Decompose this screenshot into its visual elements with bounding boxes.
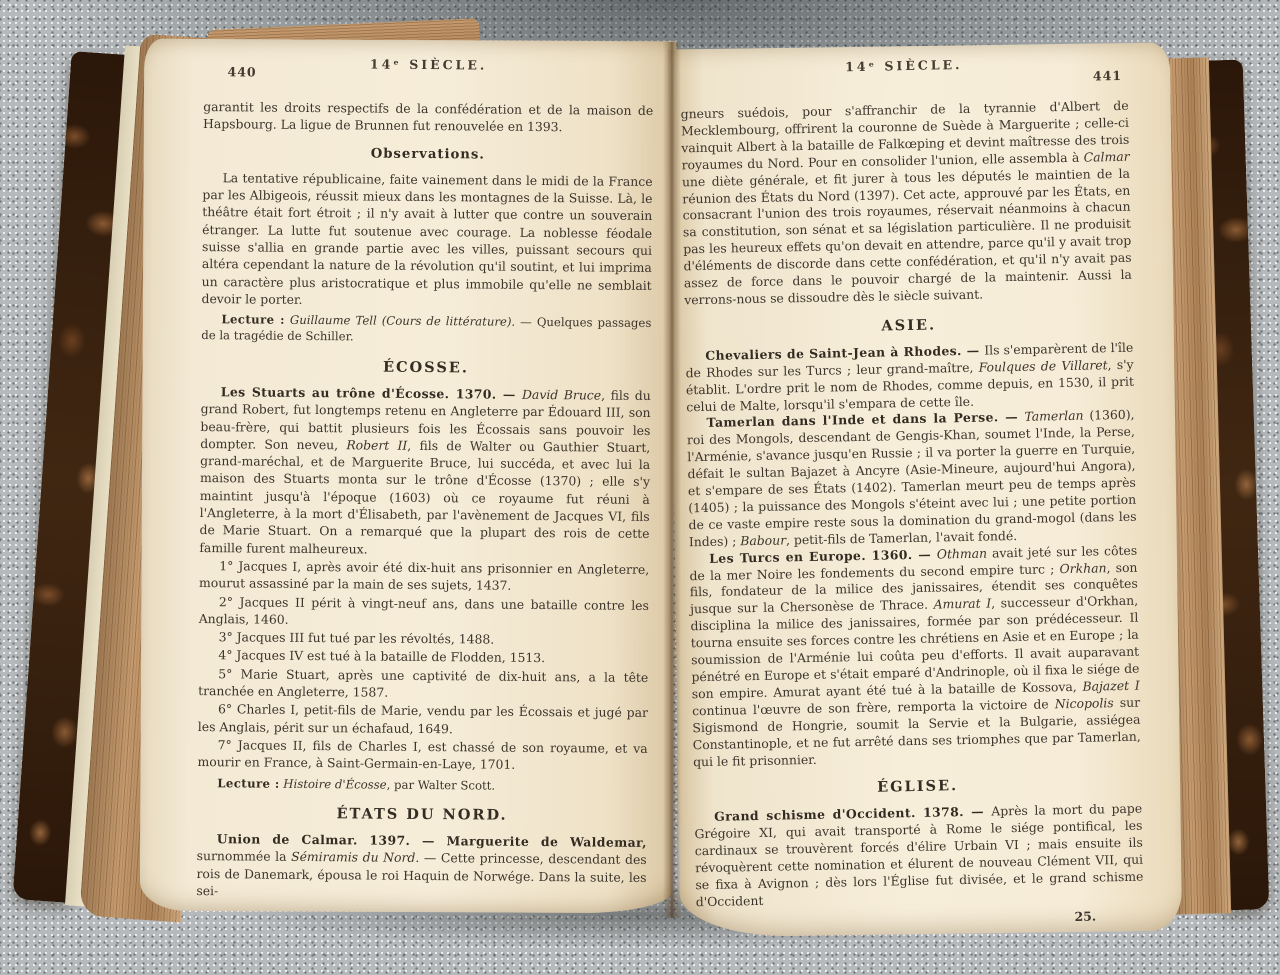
text-run: Histoire d'Écosse — [280, 776, 387, 791]
text-run: Othman — [937, 545, 988, 561]
list-item: 1° Jacques I, après avoir été dix-huit a… — [199, 557, 649, 596]
text-run: surnommée la — [197, 848, 292, 864]
section-heading: ÉTATS DU NORD. — [197, 804, 647, 825]
text-run: une diète générale, et fit jurer à tous … — [682, 165, 1132, 307]
left-page-header: 440 14ᵉ SIÈCLE. — [204, 54, 654, 80]
text-run: Orkhan — [1059, 560, 1106, 576]
text-run: 7° Jacques II, fils de Charles I, est ch… — [197, 737, 647, 772]
list-item: 6° Charles I, petit-fils de Marie, vendu… — [198, 700, 648, 739]
text-run: Amurat I — [933, 596, 991, 612]
lecture-note: Lecture : Guillaume Tell (Cours de litté… — [201, 311, 651, 347]
text-run: Robert II — [346, 437, 407, 453]
text-run: 3° Jacques III fut tué par les révoltés,… — [219, 629, 495, 646]
section-heading: ASIE. — [685, 314, 1133, 340]
text-run: La tentative républicaine, faite vaineme… — [201, 170, 652, 307]
text-run: , par Walter Scott. — [387, 777, 496, 792]
left-page-number: 440 — [227, 63, 256, 81]
left-page-body: garantit les droits respectifs de la con… — [196, 98, 653, 903]
text-run: Les Stuarts au trône d'Écosse. 1370. — — [221, 384, 522, 402]
text-run: Les Turcs en Europe. 1360. — — [709, 546, 937, 565]
left-page-text: 440 14ᵉ SIÈCLE. garantit les droits resp… — [196, 54, 653, 903]
list-item: 2° Jacques II périt à vingt-neuf ans, da… — [199, 593, 649, 632]
photo-background: 440 14ᵉ SIÈCLE. garantit les droits resp… — [0, 0, 1280, 975]
list-item: 5° Marie Stuart, après une captivité de … — [198, 665, 648, 704]
text-run: 2° Jacques II périt à vingt-neuf ans, da… — [199, 594, 649, 627]
text-run: Tamerlan — [1024, 408, 1083, 424]
text-run: gneurs suédois, pour s'affranchir de la … — [681, 98, 1130, 172]
text-run: Foulques de Villaret — [979, 357, 1108, 374]
lecture-note: Lecture : Histoire d'Écosse, par Walter … — [197, 775, 647, 795]
paragraph-continuation: gneurs suédois, pour s'affranchir de la … — [681, 98, 1133, 309]
paragraph: Grand schisme d'Occident. 1378. — Après … — [694, 801, 1144, 911]
text-run: Sémiramis du Nord — [291, 849, 415, 865]
text-run: 4° Jacques IV est tué à la bataille de F… — [218, 648, 545, 666]
book-gutter — [663, 42, 681, 918]
paragraph: La tentative républicaine, faite vaineme… — [201, 169, 652, 311]
paragraph: Chevaliers de Saint-Jean à Rhodes. — Ils… — [685, 340, 1134, 416]
text-run: Calmar — [1084, 148, 1130, 164]
section-heading: ÉCOSSE. — [201, 357, 651, 378]
text-run: Nicopolis — [1055, 695, 1114, 711]
right-page-number: 441 — [1093, 68, 1122, 85]
text-run: Bajazet I — [1082, 678, 1139, 694]
text-run: , petit-fils de Tamerlan, l'avait fondé. — [786, 528, 1017, 547]
text-run: Lecture : — [221, 312, 285, 327]
text-run: Babour — [740, 532, 786, 548]
text-run: 1° Jacques I, après avoir été dix-huit a… — [199, 558, 649, 593]
list-item: 7° Jacques II, fils de Charles I, est ch… — [197, 736, 647, 775]
paragraph: Les Stuarts au trône d'Écosse. 1370. — D… — [199, 383, 650, 560]
section-heading: ÉGLISE. — [694, 775, 1142, 801]
text-run: Guillaume Tell (Cours de littérature). — [285, 313, 515, 329]
text-run: 5° Marie Stuart, après une captivité de … — [198, 666, 648, 700]
right-page-text: 14ᵉ SIÈCLE. 441 gneurs suédois, pour s'a… — [680, 54, 1145, 933]
paragraph-continuation: garantit les droits respectifs de la con… — [203, 98, 653, 137]
text-run: 6° Charles I, petit-fils de Marie, vendu… — [198, 702, 648, 736]
paragraph: Union de Calmar. 1397. — Marguerite de W… — [196, 830, 647, 903]
paragraph: Les Turcs en Europe. 1360. — Othman avai… — [689, 542, 1141, 770]
subsection-heading: Observations. — [203, 144, 653, 165]
text-run: Union de Calmar. 1397. — Marguerite de W… — [217, 831, 647, 850]
left-running-head: 14ᵉ SIÈCLE. — [204, 54, 654, 75]
text-run: David Bruce — [522, 387, 601, 403]
text-run: , fils de Walter ou Gauthier Stuart, gra… — [199, 438, 650, 556]
text-run: Lecture : — [217, 776, 279, 791]
right-page-body: gneurs suédois, pour s'affranchir de la … — [681, 98, 1144, 911]
paragraph: Tamerlan dans l'Inde et dans la Perse. —… — [686, 407, 1137, 551]
text-run: garantit les droits respectifs de la con… — [203, 99, 653, 134]
